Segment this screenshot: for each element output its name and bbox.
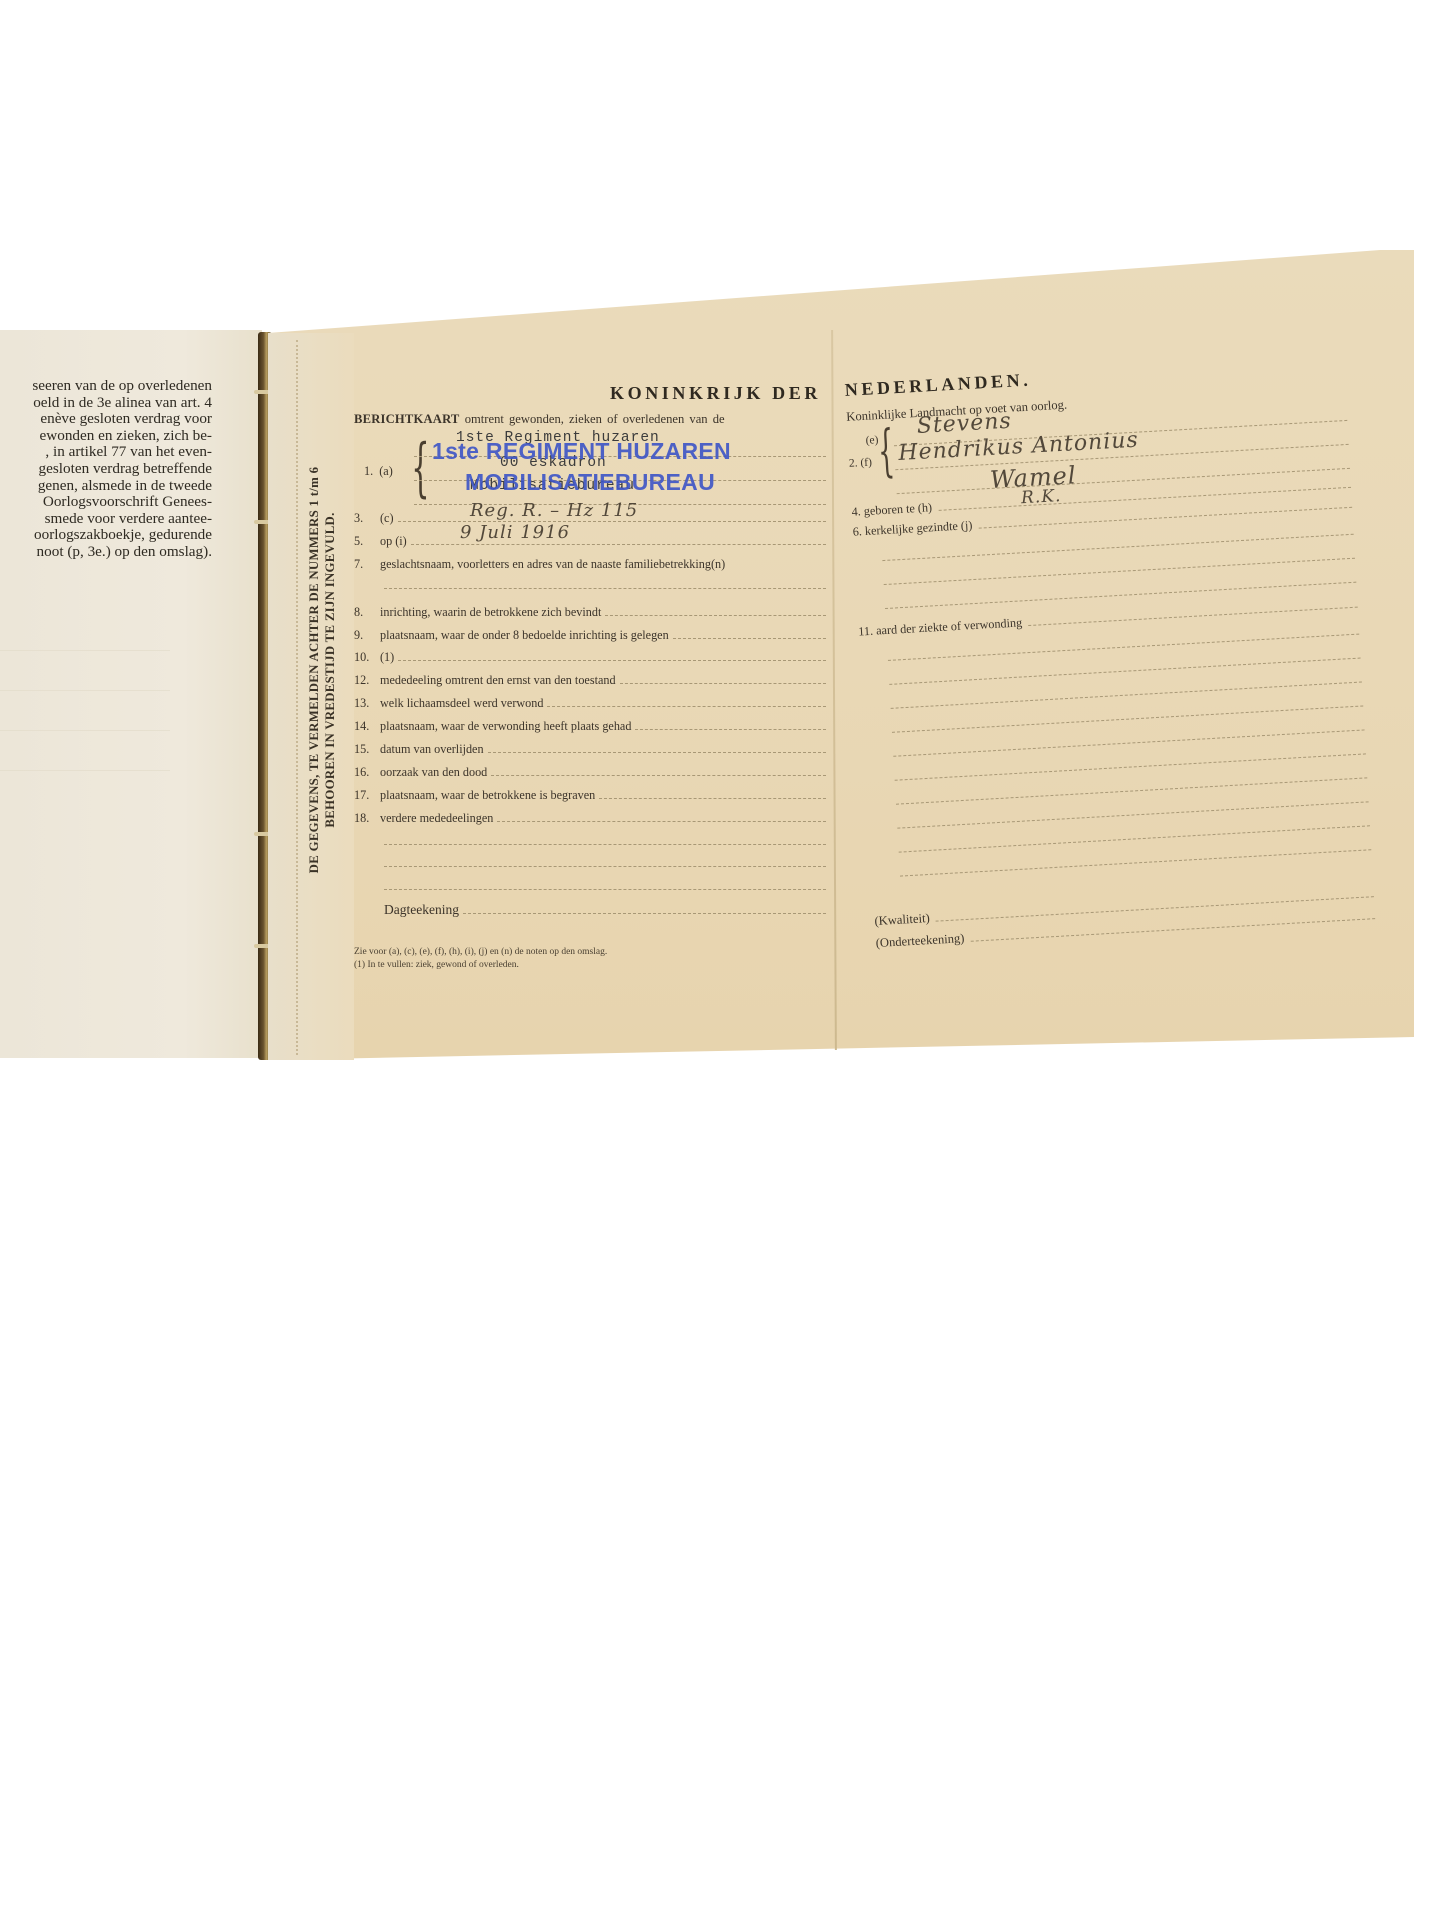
field-number: 15. bbox=[354, 742, 380, 757]
field-label: (c) bbox=[380, 511, 394, 526]
field-label: oorzaak van den dood bbox=[380, 765, 487, 780]
field-line[interactable] bbox=[882, 534, 1353, 561]
field-14-row: 14. plaatsnaam, waar de verwonding heeft… bbox=[354, 716, 826, 734]
field-line[interactable] bbox=[635, 729, 826, 730]
field-line[interactable] bbox=[895, 753, 1366, 780]
field-number: 5. bbox=[354, 534, 380, 549]
date-line[interactable] bbox=[463, 913, 826, 914]
booklet-left-page: seeren van de op overledenen oeld in de … bbox=[0, 330, 262, 1058]
field-5-row: 5. op (i) bbox=[354, 531, 826, 549]
text-line: oorlogszakboekje, gedurende bbox=[0, 527, 212, 544]
left-page-text: seeren van de op overledenen oeld in de … bbox=[0, 378, 212, 561]
text-line: genen, alsmede in de tweede bbox=[0, 478, 212, 495]
show-through-mark bbox=[0, 770, 170, 771]
field-number: 7. bbox=[354, 557, 380, 572]
field-11-row: 11. aard der ziekte of verwonding bbox=[858, 594, 1358, 640]
text-line: ewonden en zieken, zich be- bbox=[0, 428, 212, 445]
date-row: Dagteekening bbox=[384, 900, 826, 918]
card-title-left: KONINKRIJK DER bbox=[610, 383, 821, 404]
field-label: plaatsnaam, waar de onder 8 bedoelde inr… bbox=[380, 628, 669, 643]
field-line[interactable] bbox=[892, 705, 1363, 732]
field-7-row: 7. geslachtsnaam, voorletters en adres v… bbox=[354, 554, 826, 572]
field-8-row: 8. inrichting, waarin de betrokkene zich… bbox=[354, 602, 826, 620]
footnote: (1) In te vullen: ziek, gewond of overle… bbox=[354, 959, 607, 972]
text-line: Oorlogsvoorschrift Genees- bbox=[0, 494, 212, 511]
date-label: Dagteekening bbox=[384, 902, 459, 918]
field-line[interactable] bbox=[884, 558, 1355, 585]
show-through-mark bbox=[0, 650, 170, 651]
vertical-instruction-note: DE GEGEVENS, TE VERMELDEN ACHTER DE NUMM… bbox=[306, 410, 338, 930]
brace-icon: { bbox=[877, 423, 896, 480]
card-title-right: NEDERLANDEN. bbox=[844, 370, 1032, 401]
field-9-row: 9. plaatsnaam, waar de onder 8 bedoelde … bbox=[354, 625, 826, 643]
field-line[interactable] bbox=[547, 706, 826, 707]
field-label: (1) bbox=[380, 650, 394, 665]
field-label: welk lichaamsdeel werd verwond bbox=[380, 696, 543, 711]
field-number: 1. (a) bbox=[364, 464, 393, 479]
field-line[interactable] bbox=[899, 825, 1370, 852]
field-15-row: 15. datum van overlijden bbox=[354, 739, 826, 757]
field-number: 16. bbox=[354, 765, 380, 780]
field-line[interactable] bbox=[384, 844, 826, 845]
field-line[interactable] bbox=[398, 660, 826, 661]
field-label: 6. kerkelijke gezindte (j) bbox=[852, 518, 972, 540]
text-line: seeren van de op overledenen bbox=[0, 378, 212, 395]
field-line[interactable] bbox=[620, 683, 826, 684]
field-line[interactable] bbox=[384, 866, 826, 867]
show-through-mark bbox=[0, 730, 170, 731]
field-line[interactable] bbox=[384, 588, 826, 589]
field-label: verdere mededeelingen bbox=[380, 811, 493, 826]
field-10-row: 10. (1) bbox=[354, 647, 826, 665]
field-label: inrichting, waarin de betrokkene zich be… bbox=[380, 605, 601, 620]
field-line[interactable] bbox=[889, 658, 1360, 685]
field-label: 11. aard der ziekte of verwonding bbox=[858, 615, 1023, 639]
text-line: gesloten verdrag betreffende bbox=[0, 461, 212, 478]
card-right-panel: NEDERLANDEN. Koninklijke Landmacht op vo… bbox=[842, 312, 1377, 979]
handwritten-religion: R.K. bbox=[1021, 486, 1062, 508]
show-through-mark bbox=[0, 690, 170, 691]
field-line[interactable] bbox=[891, 682, 1362, 709]
field-number: 12. bbox=[354, 673, 380, 688]
field-label: datum van overlijden bbox=[380, 742, 484, 757]
field-number: 9. bbox=[354, 628, 380, 643]
card-subtitle-text: omtrent gewonden, zieken of overledenen … bbox=[465, 412, 725, 426]
note-line: BEHOOREN IN VREDESTIJD TE ZIJN INGEVULD. bbox=[322, 410, 338, 930]
handwritten-registration: Reg. R. – Hz 115 bbox=[470, 500, 638, 521]
stamp-regiment: 1ste REGIMENT HUZAREN bbox=[432, 438, 731, 465]
signature-label: (Onderteekening) bbox=[875, 931, 965, 951]
card-subtitle: BERICHTKAART omtrent gewonden, zieken of… bbox=[354, 412, 725, 427]
field-number: 2. (f) bbox=[849, 457, 873, 470]
brace-icon: { bbox=[411, 436, 429, 500]
field-line[interactable] bbox=[411, 544, 826, 545]
field-label: geslachtsnaam, voorletters en adres van … bbox=[380, 557, 725, 572]
field-number: 8. bbox=[354, 605, 380, 620]
field-label: 4. geboren te (h) bbox=[851, 500, 932, 519]
field-16-row: 16. oorzaak van den dood bbox=[354, 762, 826, 780]
field-label: (e) bbox=[865, 434, 878, 447]
text-line: , in artikel 77 van het even- bbox=[0, 444, 212, 461]
field-label: mededeeling omtrent den ernst van den to… bbox=[380, 673, 616, 688]
field-number: 3. bbox=[354, 511, 380, 526]
stamp-mobilisatiebureau: MOBILISATIEBUREAU bbox=[465, 469, 715, 496]
text-line: oeld in de 3e alinea van art. 4 bbox=[0, 395, 212, 412]
field-line[interactable] bbox=[497, 821, 826, 822]
field-number: 17. bbox=[354, 788, 380, 803]
field-label: plaatsnaam, waar de betrokkene is begrav… bbox=[380, 788, 595, 803]
field-line[interactable] bbox=[1028, 607, 1358, 626]
note-line: DE GEGEVENS, TE VERMELDEN ACHTER DE NUMM… bbox=[306, 410, 322, 930]
field-13-row: 13. welk lichaamsdeel werd verwond bbox=[354, 693, 826, 711]
signature-line[interactable] bbox=[971, 918, 1376, 942]
field-17-row: 17. plaatsnaam, waar de betrokkene is be… bbox=[354, 785, 826, 803]
handwritten-date: 9 Juli 1916 bbox=[460, 522, 570, 543]
field-18-row: 18. verdere mededeelingen bbox=[354, 808, 826, 826]
field-line[interactable] bbox=[384, 889, 826, 890]
text-line: enève gesloten verdrag voor bbox=[0, 411, 212, 428]
field-line[interactable] bbox=[978, 507, 1352, 529]
field-line[interactable] bbox=[896, 777, 1367, 804]
text-line: noot (p, 3e.) op den omslag). bbox=[0, 544, 212, 561]
field-number: 10. bbox=[354, 650, 380, 665]
field-label: op (i) bbox=[380, 534, 407, 549]
field-number: 14. bbox=[354, 719, 380, 734]
field-line[interactable] bbox=[897, 801, 1368, 828]
card-type: BERICHTKAART bbox=[354, 412, 460, 426]
field-line[interactable] bbox=[893, 729, 1364, 756]
field-line[interactable] bbox=[599, 798, 826, 799]
quality-label: (Kwaliteit) bbox=[874, 911, 930, 929]
field-number: 18. bbox=[354, 811, 380, 826]
field-label: plaatsnaam, waar de verwonding heeft pla… bbox=[380, 719, 631, 734]
field-line[interactable] bbox=[888, 634, 1359, 661]
field-line[interactable] bbox=[673, 638, 826, 639]
text-line: smede voor verdere aantee- bbox=[0, 511, 212, 528]
field-line[interactable] bbox=[900, 849, 1371, 876]
field-line[interactable] bbox=[488, 752, 826, 753]
perforation-line bbox=[296, 340, 298, 1055]
field-line[interactable] bbox=[605, 615, 826, 616]
footnotes: Zie voor (a), (c), (e), (f), (h), (i), (… bbox=[354, 946, 607, 972]
field-line[interactable] bbox=[491, 775, 826, 776]
field-number: 13. bbox=[354, 696, 380, 711]
field-12-row: 12. mededeeling omtrent den ernst van de… bbox=[354, 670, 826, 688]
footnote: Zie voor (a), (c), (e), (f), (h), (i), (… bbox=[354, 946, 607, 959]
